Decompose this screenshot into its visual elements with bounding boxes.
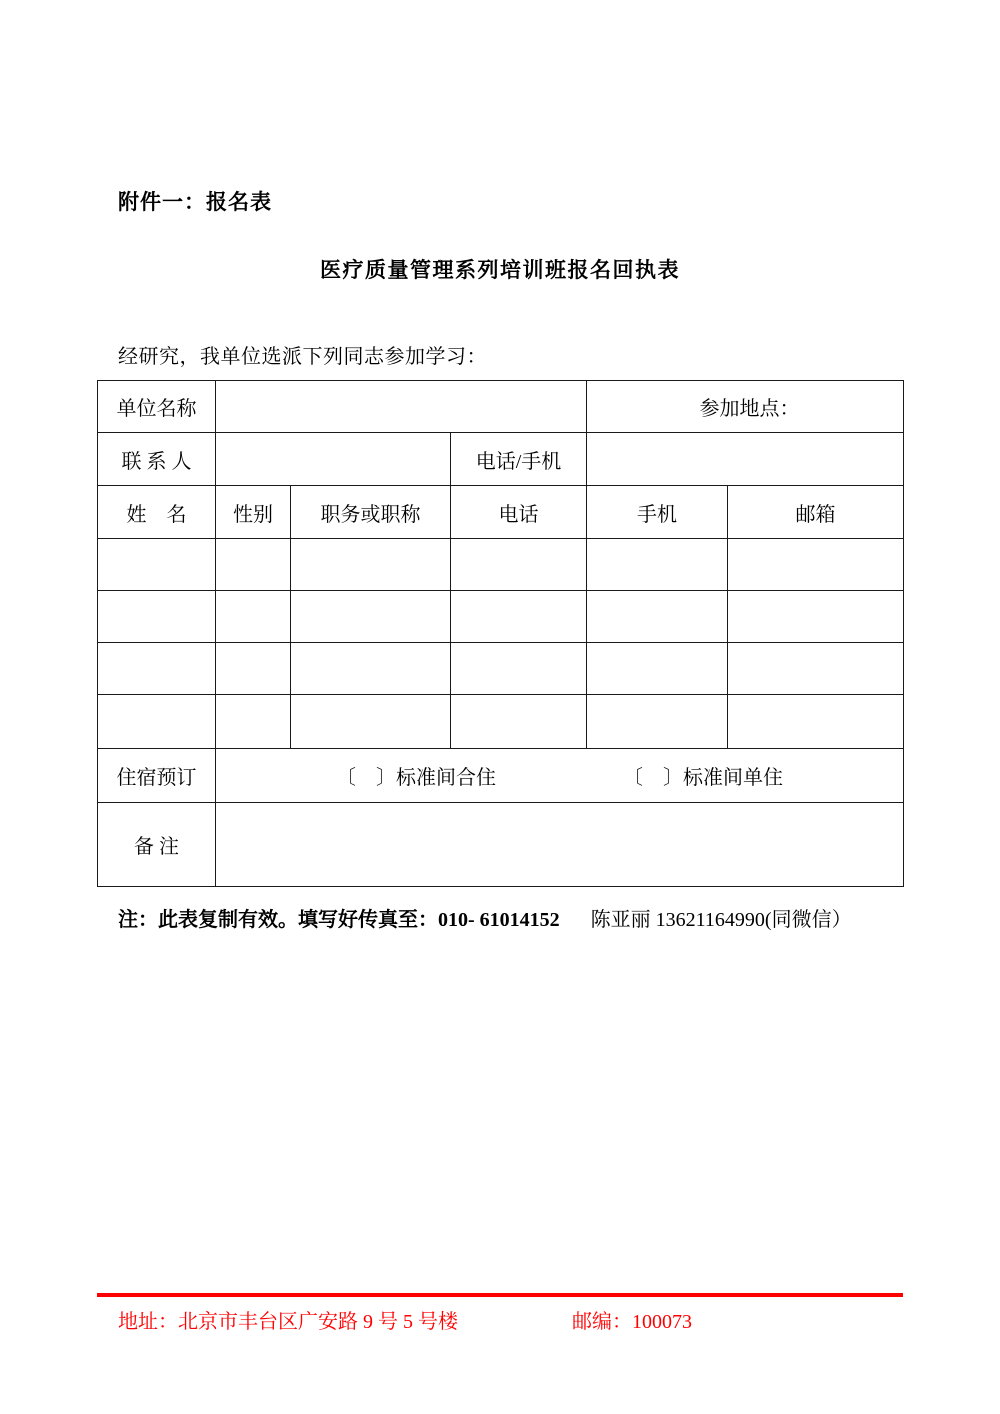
participant-title-cell[interactable] — [291, 591, 451, 643]
participant-gender-cell[interactable] — [216, 539, 291, 591]
unit-name-row: 单位名称 参加地点： — [98, 381, 904, 433]
col-header-title: 职务或职称 — [291, 486, 451, 539]
col-header-name: 姓 名 — [98, 486, 216, 539]
lodging-label: 住宿预订 — [98, 749, 216, 803]
contact-row: 联 系 人 电话/手机 — [98, 433, 904, 486]
contact-label: 联 系 人 — [98, 433, 216, 486]
remarks-input-cell[interactable] — [216, 803, 904, 887]
remarks-row: 备 注 — [98, 803, 904, 887]
registration-table: 单位名称 参加地点： 联 系 人 电话/手机 姓 名 性别 职务或职称 电话 手… — [97, 380, 904, 887]
participant-email-cell[interactable] — [728, 695, 904, 749]
col-header-mobile: 手机 — [587, 486, 728, 539]
form-title: 医疗质量管理系列培训班报名回执表 — [97, 254, 903, 284]
location-label-cell[interactable]: 参加地点： — [587, 381, 904, 433]
phone-mobile-input-cell[interactable] — [587, 433, 904, 486]
lodging-options-cell: 〔 〕标准间合住 〔 〕标准间单住 — [216, 749, 904, 803]
lodging-option-shared[interactable]: 〔 〕标准间合住 — [336, 761, 496, 790]
participant-phone-cell[interactable] — [451, 539, 587, 591]
participant-name-cell[interactable] — [98, 539, 216, 591]
col-header-email: 邮箱 — [728, 486, 904, 539]
unit-name-input-cell[interactable] — [216, 381, 587, 433]
footer-address: 地址：北京市丰台区广安路 9 号 5 号楼 — [118, 1305, 458, 1334]
participant-row — [98, 643, 904, 695]
participant-mobile-cell[interactable] — [587, 643, 728, 695]
participant-row — [98, 539, 904, 591]
remarks-label: 备 注 — [98, 803, 216, 887]
intro-text: 经研究，我单位选派下列同志参加学习： — [118, 340, 487, 369]
attachment-heading: 附件一：报名表 — [118, 186, 272, 216]
participant-email-cell[interactable] — [728, 539, 904, 591]
lodging-row: 住宿预订 〔 〕标准间合住 〔 〕标准间单住 — [98, 749, 904, 803]
participant-mobile-cell[interactable] — [587, 695, 728, 749]
participant-title-cell[interactable] — [291, 695, 451, 749]
participant-gender-cell[interactable] — [216, 695, 291, 749]
note-contact-part: 陈亚丽 13621164990(同微信） — [591, 909, 852, 931]
participant-title-cell[interactable] — [291, 643, 451, 695]
participant-phone-cell[interactable] — [451, 643, 587, 695]
note-text: 注：此表复制有效。填写好传真至：010- 61014152陈亚丽 1362116… — [118, 903, 852, 932]
contact-input-cell[interactable] — [216, 433, 451, 486]
unit-name-label: 单位名称 — [98, 381, 216, 433]
lodging-option-single[interactable]: 〔 〕标准间单住 — [623, 761, 783, 790]
column-header-row: 姓 名 性别 职务或职称 电话 手机 邮箱 — [98, 486, 904, 539]
participant-email-cell[interactable] — [728, 591, 904, 643]
participant-gender-cell[interactable] — [216, 643, 291, 695]
participant-mobile-cell[interactable] — [587, 591, 728, 643]
participant-gender-cell[interactable] — [216, 591, 291, 643]
participant-name-cell[interactable] — [98, 695, 216, 749]
participant-row — [98, 591, 904, 643]
participant-email-cell[interactable] — [728, 643, 904, 695]
col-header-phone: 电话 — [451, 486, 587, 539]
footer-postcode: 邮编：100073 — [572, 1305, 692, 1334]
note-bold-part: 注：此表复制有效。填写好传真至：010- 61014152 — [118, 909, 560, 931]
participant-phone-cell[interactable] — [451, 591, 587, 643]
phone-mobile-label: 电话/手机 — [451, 433, 587, 486]
participant-phone-cell[interactable] — [451, 695, 587, 749]
footer-divider-line — [97, 1293, 903, 1297]
participant-name-cell[interactable] — [98, 643, 216, 695]
col-header-gender: 性别 — [216, 486, 291, 539]
participant-mobile-cell[interactable] — [587, 539, 728, 591]
participant-row — [98, 695, 904, 749]
participant-name-cell[interactable] — [98, 591, 216, 643]
participant-title-cell[interactable] — [291, 539, 451, 591]
